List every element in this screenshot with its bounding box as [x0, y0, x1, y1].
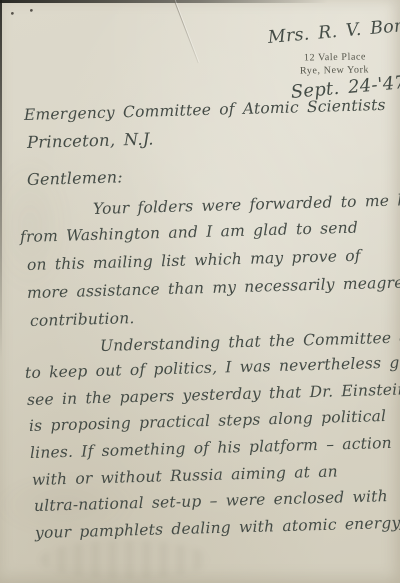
pinhole-mark	[11, 12, 14, 15]
letterhead-address-line2: Rye, New York	[300, 64, 369, 76]
scan-edge-top	[0, 0, 400, 3]
salutation: Gentlemen:	[27, 166, 123, 191]
recipient-line-2: Princeton, N.J.	[27, 128, 154, 154]
ink-bleed-through	[40, 540, 210, 580]
scanned-letter: Mrs. R. V. Bonawe 12 Vale Place Rye, New…	[0, 0, 400, 583]
letterhead-address-line1: 12 Vale Place	[304, 51, 366, 63]
scan-edge-left	[0, 0, 2, 360]
body-line: contribution.	[30, 307, 135, 332]
pinhole-mark	[30, 9, 33, 12]
